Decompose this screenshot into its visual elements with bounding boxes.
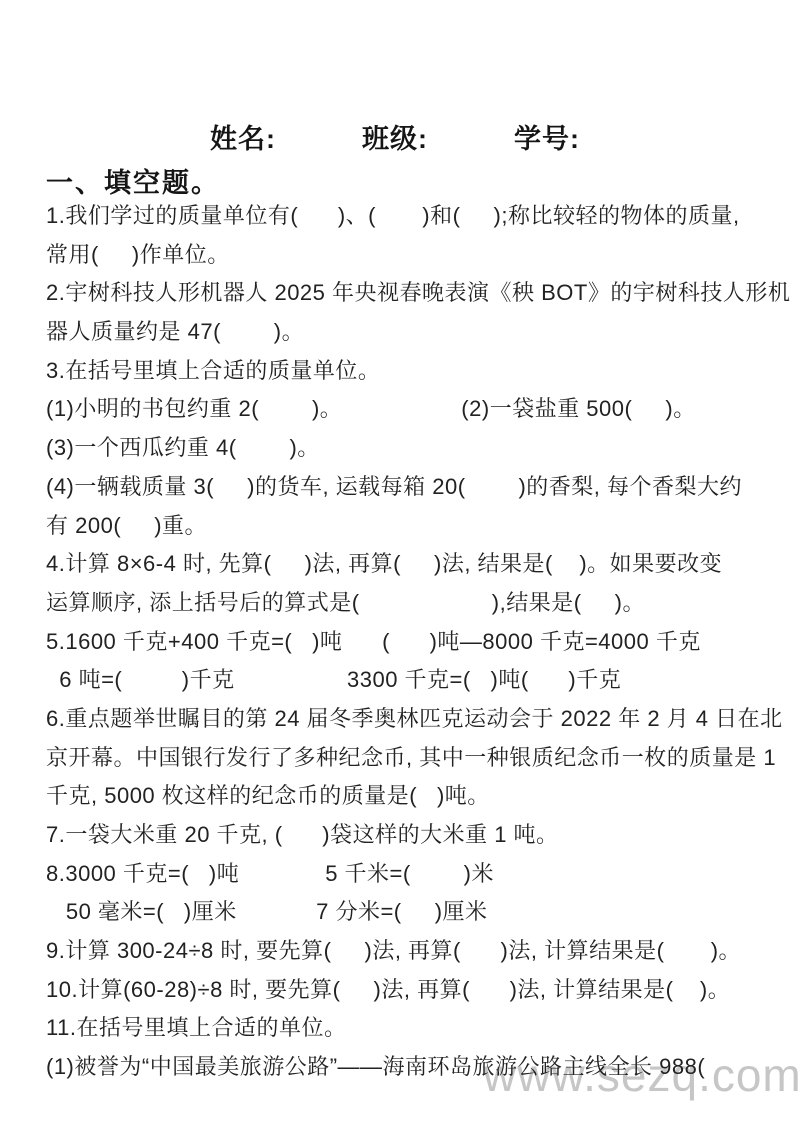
section-title: 一、填空题。 bbox=[46, 161, 220, 200]
question-line: (4)一辆载质量 3( )的货车, 运载每箱 20( )的香梨, 每个香梨大约 bbox=[46, 468, 786, 507]
question-line: 10.计算(60-28)÷8 时, 要先算( )法, 再算( )法, 计算结果是… bbox=[46, 971, 786, 1010]
question-lines: 1.我们学过的质量单位有( )、( )和( );称比较轻的物体的质量,常用( )… bbox=[46, 197, 786, 1087]
question-line: 6 吨=( )千克 3300 千克=( )吨( )千克 bbox=[46, 661, 786, 700]
question-line: 8.3000 千克=( )吨 5 千米=( )米 bbox=[46, 855, 786, 894]
question-line: 4.计算 8×6-4 时, 先算( )法, 再算( )法, 结果是( )。如果要… bbox=[46, 545, 786, 584]
question-line: (3)一个西瓜约重 4( )。 bbox=[46, 429, 786, 468]
question-line: 有 200( )重。 bbox=[46, 507, 786, 546]
worksheet-page: 姓名: 班级: 学号: 一、填空题。 www.sezq.com 1.我们学过的质… bbox=[0, 0, 800, 1132]
class-label: 班级: bbox=[362, 117, 428, 156]
question-line: 11.在括号里填上合适的单位。 bbox=[46, 1009, 786, 1048]
question-line: 50 毫米=( )厘米 7 分米=( )厘米 bbox=[46, 893, 786, 932]
question-line: 千克, 5000 枚这样的纪念币的质量是( )吨。 bbox=[46, 777, 786, 816]
question-line: 9.计算 300-24÷8 时, 要先算( )法, 再算( )法, 计算结果是(… bbox=[46, 932, 786, 971]
question-line: 6.重点题举世瞩目的第 24 届冬季奥林匹克运动会于 2022 年 2 月 4 … bbox=[46, 700, 786, 739]
question-line: 常用( )作单位。 bbox=[46, 236, 786, 275]
question-line: (1)被誉为“中国最美旅游公路”——海南环岛旅游公路主线全长 988( bbox=[46, 1048, 786, 1087]
student-id-label: 学号: bbox=[514, 117, 580, 156]
question-line: 7.一袋大米重 20 千克, ( )袋这样的大米重 1 吨。 bbox=[46, 816, 786, 855]
question-line: 京开幕。中国银行发行了多种纪念币, 其中一种银质纪念币一枚的质量是 1 bbox=[46, 739, 786, 778]
question-line: 3.在括号里填上合适的质量单位。 bbox=[46, 352, 786, 391]
question-line: 5.1600 千克+400 千克=( )吨 ( )吨—8000 千克=4000 … bbox=[46, 623, 786, 662]
question-line: 1.我们学过的质量单位有( )、( )和( );称比较轻的物体的质量, bbox=[46, 197, 786, 236]
question-line: 2.宇树科技人形机器人 2025 年央视春晚表演《秧 BOT》的宇树科技人形机 bbox=[46, 274, 786, 313]
name-label: 姓名: bbox=[210, 117, 276, 156]
question-line: 器人质量约是 47( )。 bbox=[46, 313, 786, 352]
question-line: (1)小明的书包约重 2( )。 (2)一袋盐重 500( )。 bbox=[46, 390, 786, 429]
question-line: 运算顺序, 添上括号后的算式是( ),结果是( )。 bbox=[46, 584, 786, 623]
student-info-header: 姓名: 班级: 学号: bbox=[210, 117, 580, 156]
